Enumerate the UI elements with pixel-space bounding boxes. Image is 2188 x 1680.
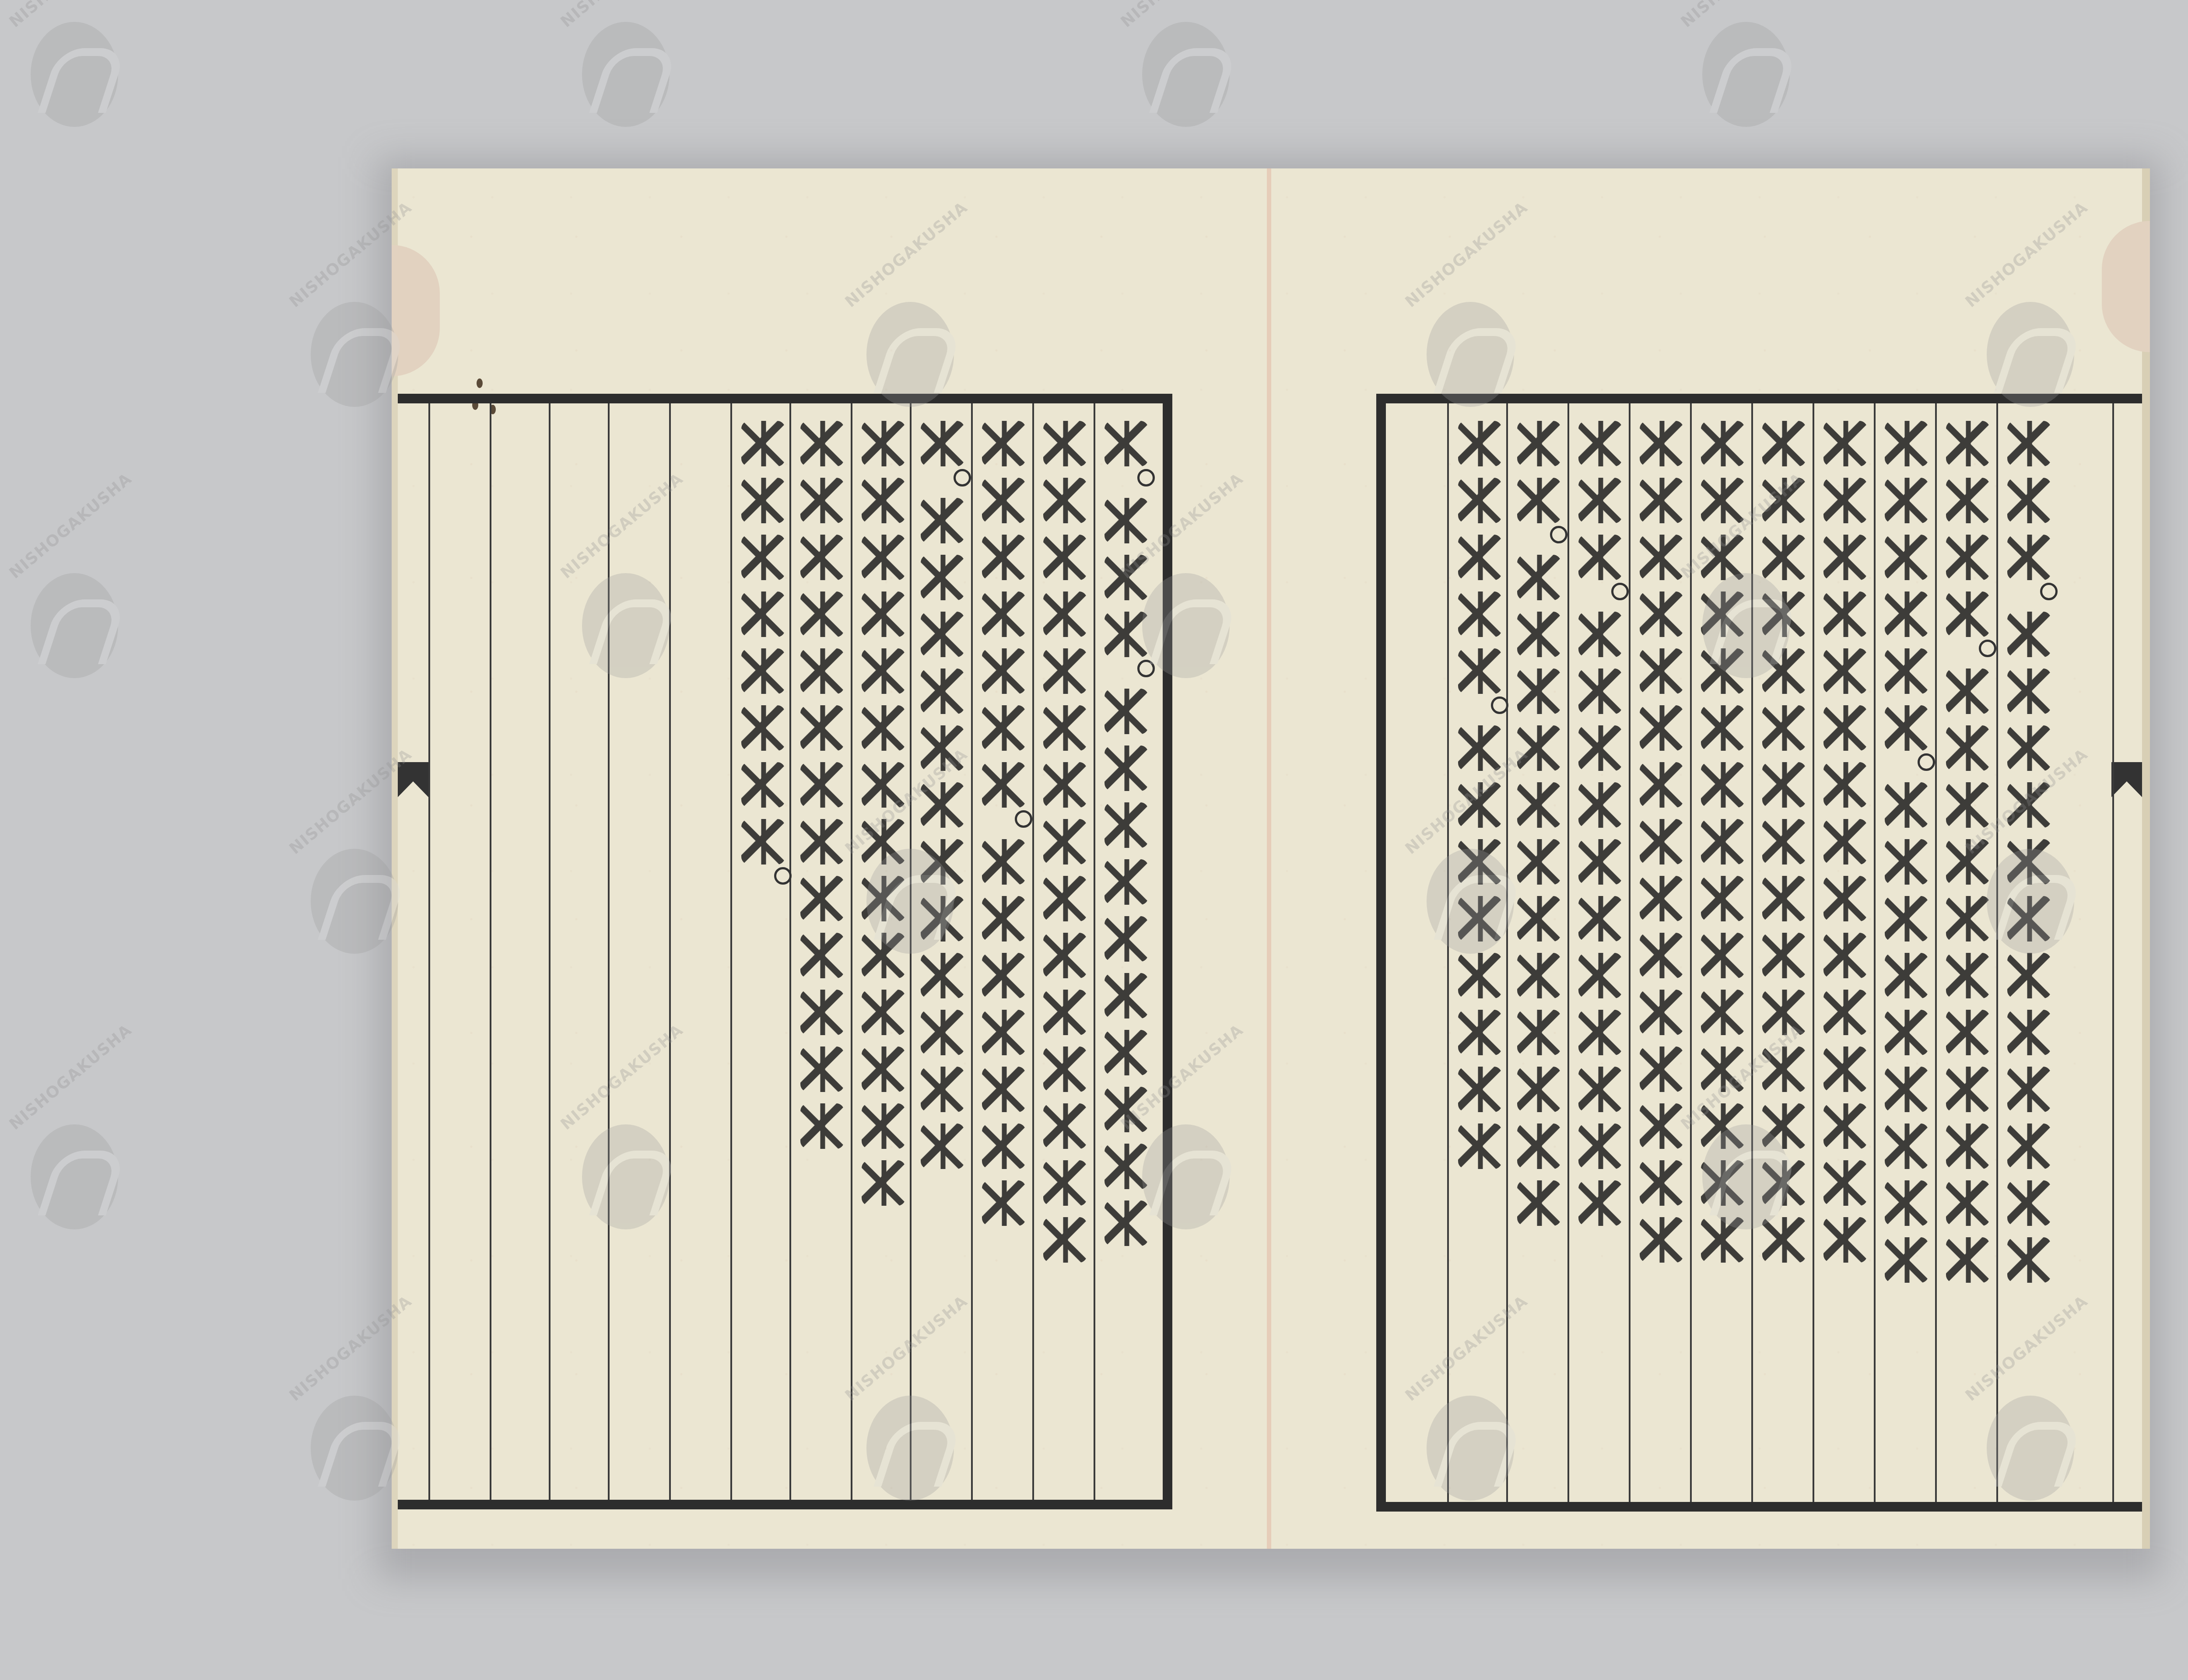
watermark-logo-icon: NISHOGAKUSHA: [18, 1120, 131, 1234]
text-column: [1633, 421, 1690, 1263]
watermark-logo-icon: NISHOGAKUSHA: [1413, 844, 1527, 958]
text-column: [735, 421, 792, 885]
watermark-logo-icon: NISHOGAKUSHA: [853, 1391, 967, 1505]
left-text-columns: [398, 416, 1163, 1487]
watermark-logo-icon: NISHOGAKUSHA: [1689, 569, 1803, 682]
watermark-logo-icon: NISHOGAKUSHA: [1974, 844, 2087, 958]
text-column: [1037, 421, 1094, 1263]
thumb-wear-mark: [2102, 221, 2150, 352]
watermark-logo-icon: NISHOGAKUSHA: [853, 297, 967, 411]
watermark-logo-icon: NISHOGAKUSHA: [1689, 17, 1803, 131]
watermark-logo-icon: NISHOGAKUSHA: [1413, 1391, 1527, 1505]
text-column: [1511, 421, 1567, 1226]
watermark-logo-icon: NISHOGAKUSHA: [298, 297, 411, 411]
text-column: [1878, 421, 1935, 1283]
text-column: [1572, 421, 1629, 1226]
text-column: [794, 421, 851, 1149]
watermark-logo-icon: NISHOGAKUSHA: [569, 1120, 683, 1234]
watermark-logo-icon: NISHOGAKUSHA: [1129, 569, 1243, 682]
book-spread: [392, 168, 2149, 1549]
watermark-logo-icon: NISHOGAKUSHA: [298, 844, 411, 958]
watermark-logo-icon: NISHOGAKUSHA: [298, 1391, 411, 1505]
left-page: [392, 168, 1273, 1549]
wormhole: [477, 378, 483, 388]
watermark-logo-icon: NISHOGAKUSHA: [18, 569, 131, 682]
watermark-logo-icon: NISHOGAKUSHA: [1974, 297, 2087, 411]
text-column: [975, 421, 1032, 1226]
left-text-frame: [398, 394, 1172, 1509]
watermark-logo-icon: NISHOGAKUSHA: [1974, 1391, 2087, 1505]
watermark-logo-icon: NISHOGAKUSHA: [1413, 297, 1527, 411]
watermark-logo-icon: NISHOGAKUSHA: [1129, 1120, 1243, 1234]
watermark-logo-icon: NISHOGAKUSHA: [569, 17, 683, 131]
watermark-logo-icon: NISHOGAKUSHA: [18, 17, 131, 131]
watermark-logo-icon: NISHOGAKUSHA: [1129, 17, 1243, 131]
text-column: [1817, 421, 1874, 1263]
watermark-logo-icon: NISHOGAKUSHA: [569, 569, 683, 682]
watermark-logo-icon: NISHOGAKUSHA: [853, 844, 967, 958]
watermark-logo-icon: NISHOGAKUSHA: [1689, 1120, 1803, 1234]
